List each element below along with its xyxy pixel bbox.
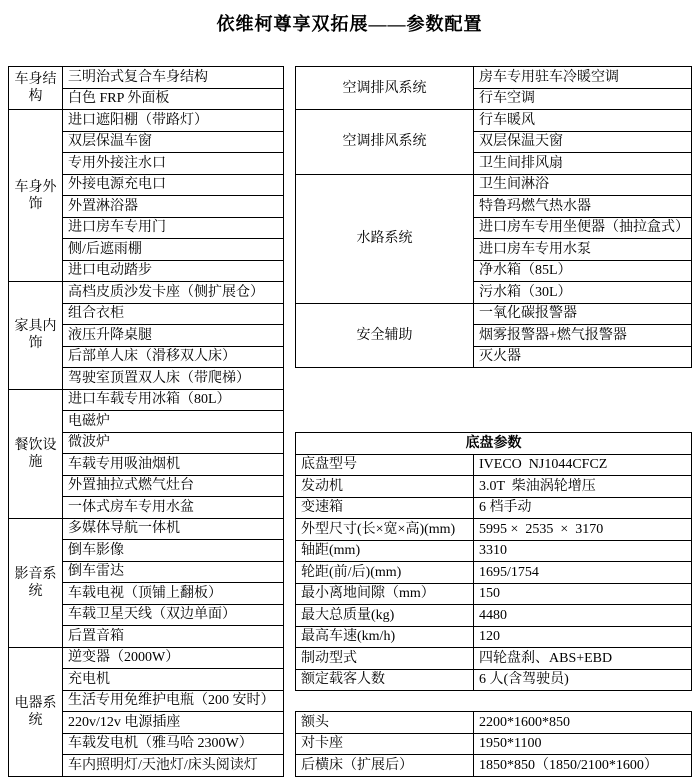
table-row: 额定载客人数6 人(含驾驶员) [296, 669, 692, 691]
feature-item: 污水箱（30L） [474, 282, 692, 304]
table-row: 对卡座1950*1100 [296, 733, 692, 755]
spec-value: 3.0T 柴油涡轮增压 [474, 476, 692, 498]
spec-value: 120 [474, 626, 692, 648]
spec-value: 1950*1100 [474, 733, 692, 755]
category-cell: 家具内饰 [9, 282, 63, 390]
spec-value: 6 档手动 [474, 497, 692, 519]
feature-item: 进口房车专用门 [63, 217, 284, 239]
spec-label: 底盘型号 [296, 454, 474, 476]
feature-item: 驾驶室顶置双人床（带爬梯） [63, 368, 284, 390]
feature-item: 白色 FRP 外面板 [63, 88, 284, 110]
category-cell: 车身结构 [9, 67, 63, 110]
feature-item: 电磁炉 [63, 411, 284, 433]
feature-item: 特鲁玛燃气热水器 [474, 196, 692, 218]
feature-item: 生活专用免维护电瓶（200 安时） [63, 690, 284, 712]
feature-item: 进口车载专用冰箱（80L） [63, 389, 284, 411]
spec-label: 外型尺寸(长×宽×高)(mm) [296, 519, 474, 541]
feature-item: 外置抽拉式燃气灶台 [63, 475, 284, 497]
spec-label: 后横床（扩展后） [296, 755, 474, 777]
table-row: 安全辅助一氧化碳报警器 [296, 303, 692, 325]
body-features-table: 车身结构三明治式复合车身结构白色 FRP 外面板车身外饰进口遮阳棚（带路灯）双层… [8, 66, 284, 777]
feature-item: 液压升降桌腿 [63, 325, 284, 347]
table-row: 外型尺寸(长×宽×高)(mm)5995 × 2535 × 3170 [296, 519, 692, 541]
spec-label: 最大总质量(kg) [296, 605, 474, 627]
table-row: 后横床（扩展后）1850*850（1850/2100*1600） [296, 755, 692, 777]
table-row: 餐饮设施进口车载专用冰箱（80L） [9, 389, 284, 411]
bed-dimensions-table: 额头2200*1600*850对卡座1950*1100后横床（扩展后）1850*… [295, 711, 692, 777]
bed-dimensions-table-body: 额头2200*1600*850对卡座1950*1100后横床（扩展后）1850*… [296, 712, 692, 777]
chassis-parameters-table-body: 底盘参数底盘型号IVECO NJ1044CFCZ发动机3.0T 柴油涡轮增压变速… [296, 433, 692, 691]
feature-item: 组合衣柜 [63, 303, 284, 325]
body-features-table-body: 车身结构三明治式复合车身结构白色 FRP 外面板车身外饰进口遮阳棚（带路灯）双层… [9, 67, 284, 777]
table-row: 空调排风系统房车专用驻车冷暖空调 [296, 67, 692, 89]
feature-item: 侧/后遮雨棚 [63, 239, 284, 261]
feature-item: 三明治式复合车身结构 [63, 67, 284, 89]
feature-item: 车载专用吸油烟机 [63, 454, 284, 476]
feature-item: 净水箱（85L） [474, 260, 692, 282]
feature-item: 车载发电机（雅马哈 2300W） [63, 733, 284, 755]
table-row: 轴距(mm)3310 [296, 540, 692, 562]
feature-item: 房车专用驻车冷暖空调 [474, 67, 692, 89]
feature-item: 双层保温车窗 [63, 131, 284, 153]
feature-item: 后置音箱 [63, 626, 284, 648]
spec-value: IVECO NJ1044CFCZ [474, 454, 692, 476]
feature-item: 220v/12v 电源插座 [63, 712, 284, 734]
category-cell: 空调排风系统 [296, 67, 474, 110]
feature-item: 专用外接注水口 [63, 153, 284, 175]
chassis-parameters-table: 底盘参数底盘型号IVECO NJ1044CFCZ发动机3.0T 柴油涡轮增压变速… [295, 432, 692, 691]
category-cell: 水路系统 [296, 174, 474, 303]
category-cell: 安全辅助 [296, 303, 474, 368]
feature-item: 卫生间排风扇 [474, 153, 692, 175]
table-row: 电器系统逆变器（2000W） [9, 647, 284, 669]
feature-item: 后部单人床（滑移双人床） [63, 346, 284, 368]
table-row: 发动机3.0T 柴油涡轮增压 [296, 476, 692, 498]
spec-value: 1850*850（1850/2100*1600） [474, 755, 692, 777]
feature-item: 多媒体导航一体机 [63, 518, 284, 540]
systems-features-table: 空调排风系统房车专用驻车冷暖空调行车空调空调排风系统行车暖风双层保温天窗卫生间排… [295, 66, 692, 368]
feature-item: 进口遮阳棚（带路灯） [63, 110, 284, 132]
feature-item: 进口房车专用水泵 [474, 239, 692, 261]
table-row: 车身外饰进口遮阳棚（带路灯） [9, 110, 284, 132]
spec-label: 变速箱 [296, 497, 474, 519]
feature-item: 车载电视（顶铺上翻板） [63, 583, 284, 605]
table-row: 车身结构三明治式复合车身结构 [9, 67, 284, 89]
category-cell: 空调排风系统 [296, 110, 474, 175]
table-row: 家具内饰高档皮质沙发卡座（侧扩展仓） [9, 282, 284, 304]
category-cell: 餐饮设施 [9, 389, 63, 518]
feature-item: 一体式房车专用水盆 [63, 497, 284, 519]
feature-item: 一氧化碳报警器 [474, 303, 692, 325]
category-cell: 影音系统 [9, 518, 63, 647]
feature-item: 灭火器 [474, 346, 692, 368]
feature-item: 车内照明灯/天池灯/床头阅读灯 [63, 755, 284, 777]
feature-item: 行车暖风 [474, 110, 692, 132]
feature-item: 双层保温天窗 [474, 131, 692, 153]
table-row: 空调排风系统行车暖风 [296, 110, 692, 132]
feature-item: 进口房车专用坐便器（抽拉盒式） [474, 217, 692, 239]
feature-item: 充电机 [63, 669, 284, 691]
feature-item: 外置淋浴器 [63, 196, 284, 218]
table-row: 变速箱6 档手动 [296, 497, 692, 519]
feature-item: 外接电源充电口 [63, 174, 284, 196]
table-row: 最高车速(km/h)120 [296, 626, 692, 648]
table-header-row: 底盘参数 [296, 433, 692, 455]
feature-item: 高档皮质沙发卡座（侧扩展仓） [63, 282, 284, 304]
spec-value: 四轮盘刹、ABS+EBD [474, 648, 692, 670]
spec-value: 150 [474, 583, 692, 605]
spec-value: 3310 [474, 540, 692, 562]
spec-label: 最高车速(km/h) [296, 626, 474, 648]
table-row: 最小离地间隙（mm）150 [296, 583, 692, 605]
category-cell: 电器系统 [9, 647, 63, 776]
table-row: 制动型式四轮盘刹、ABS+EBD [296, 648, 692, 670]
spec-value: 1695/1754 [474, 562, 692, 584]
feature-item: 微波炉 [63, 432, 284, 454]
table-row: 轮距(前/后)(mm)1695/1754 [296, 562, 692, 584]
spec-value: 2200*1600*850 [474, 712, 692, 734]
table-row: 影音系统多媒体导航一体机 [9, 518, 284, 540]
systems-features-table-body: 空调排风系统房车专用驻车冷暖空调行车空调空调排风系统行车暖风双层保温天窗卫生间排… [296, 67, 692, 368]
table-row: 底盘型号IVECO NJ1044CFCZ [296, 454, 692, 476]
feature-item: 逆变器（2000W） [63, 647, 284, 669]
feature-item: 车载卫星天线（双边单面） [63, 604, 284, 626]
spec-label: 额定载客人数 [296, 669, 474, 691]
spec-label: 轮距(前/后)(mm) [296, 562, 474, 584]
spec-label: 发动机 [296, 476, 474, 498]
feature-item: 卫生间淋浴 [474, 174, 692, 196]
feature-item: 进口电动踏步 [63, 260, 284, 282]
spec-label: 制动型式 [296, 648, 474, 670]
spec-value: 5995 × 2535 × 3170 [474, 519, 692, 541]
feature-item: 烟雾报警器+燃气报警器 [474, 325, 692, 347]
table-header: 底盘参数 [296, 433, 692, 455]
table-row: 额头2200*1600*850 [296, 712, 692, 734]
spec-value: 4480 [474, 605, 692, 627]
category-cell: 车身外饰 [9, 110, 63, 282]
table-row: 最大总质量(kg)4480 [296, 605, 692, 627]
spec-label: 最小离地间隙（mm） [296, 583, 474, 605]
feature-item: 倒车雷达 [63, 561, 284, 583]
spec-label: 轴距(mm) [296, 540, 474, 562]
table-row: 水路系统卫生间淋浴 [296, 174, 692, 196]
spec-value: 6 人(含驾驶员) [474, 669, 692, 691]
page-title: 依维柯尊享双拓展——参数配置 [0, 10, 699, 36]
spec-label: 对卡座 [296, 733, 474, 755]
spec-label: 额头 [296, 712, 474, 734]
feature-item: 行车空调 [474, 88, 692, 110]
feature-item: 倒车影像 [63, 540, 284, 562]
